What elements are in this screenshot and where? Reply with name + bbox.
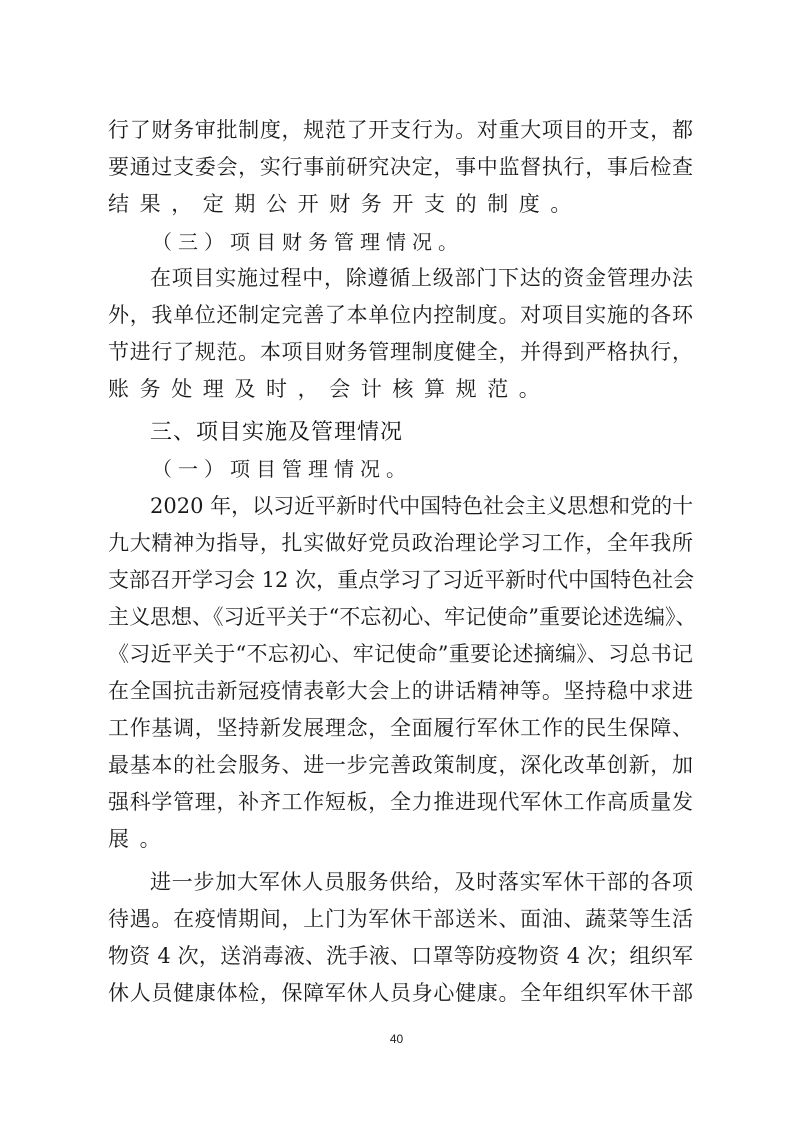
paragraph-line: 外，我单位还制定完善了本单位内控制度。对项目实施的各环 <box>108 302 693 328</box>
paragraph-line: 休人员健康体检，保障军休人员身心健康。全年组织军休干部 <box>108 980 693 1006</box>
paragraph-line: 结果，定期公开财务开支的制度。 <box>108 191 693 217</box>
paragraph-line: 要通过支委会，实行事前研究决定，事中监督执行，事后检查 <box>108 154 693 180</box>
paragraph-line: 主义思想、《习近平关于“不忘初心、牢记使命”重要论述选编》、 <box>108 604 693 630</box>
paragraph-line: 待遇。在疫情期间，上门为军休干部送米、面油、蔬菜等生活 <box>108 906 693 932</box>
paragraph-line: 在项目实施过程中，除遵循上级部门下达的资金管理办法 <box>150 265 693 291</box>
paragraph-line: 展。 <box>108 826 693 852</box>
paragraph-line: 强科学管理，补齐工作短板，全力推进现代军休工作高质量发 <box>108 789 693 815</box>
paragraph-line: 在全国抗击新冠疫情表彰大会上的讲话精神等。坚持稳中求进 <box>108 678 693 704</box>
paragraph-line: 九大精神为指导，扎实做好党员政治理论学习工作，全年我所 <box>108 530 693 556</box>
paragraph-line: 工作基调，坚持新发展理念，全面履行军休工作的民生保障、 <box>108 715 693 741</box>
paragraph-line: 2020 年，以习近平新时代中国特色社会主义思想和党的十 <box>150 493 693 519</box>
paragraph-line: 最基本的社会服务、进一步完善政策制度，深化改革创新，加 <box>108 752 693 778</box>
paragraph-line: 物资 4 次，送消毒液、洗手液、口罩等防疫物资 4 次；组织军 <box>108 943 693 969</box>
paragraph-line: 行了财务审批制度，规范了开支行为。对重大项目的开支，都 <box>108 117 693 143</box>
paragraph-line: 节进行了规范。本项目财务管理制度健全，并得到严格执行， <box>108 339 693 365</box>
paragraph-line: 进一步加大军休人员服务供给，及时落实军休干部的各项 <box>150 869 693 895</box>
document-page: 行了财务审批制度，规范了开支行为。对重大项目的开支，都 要通过支委会，实行事前研… <box>0 0 793 1122</box>
section-heading: 三、项目实施及管理情况 <box>150 419 403 447</box>
paragraph-line: 支部召开学习会 12 次，重点学习了习近平新时代中国特色社会 <box>108 567 693 593</box>
page-number: 40 <box>0 1032 793 1046</box>
section-subheading: （三）项目财务管理情况。 <box>152 229 464 255</box>
paragraph-line: 《习近平关于“不忘初心、牢记使命”重要论述摘编》、习总书记 <box>108 641 693 667</box>
paragraph-line: 账务处理及时，会计核算规范。 <box>108 376 693 402</box>
section-subheading: （一）项目管理情况。 <box>152 456 412 482</box>
